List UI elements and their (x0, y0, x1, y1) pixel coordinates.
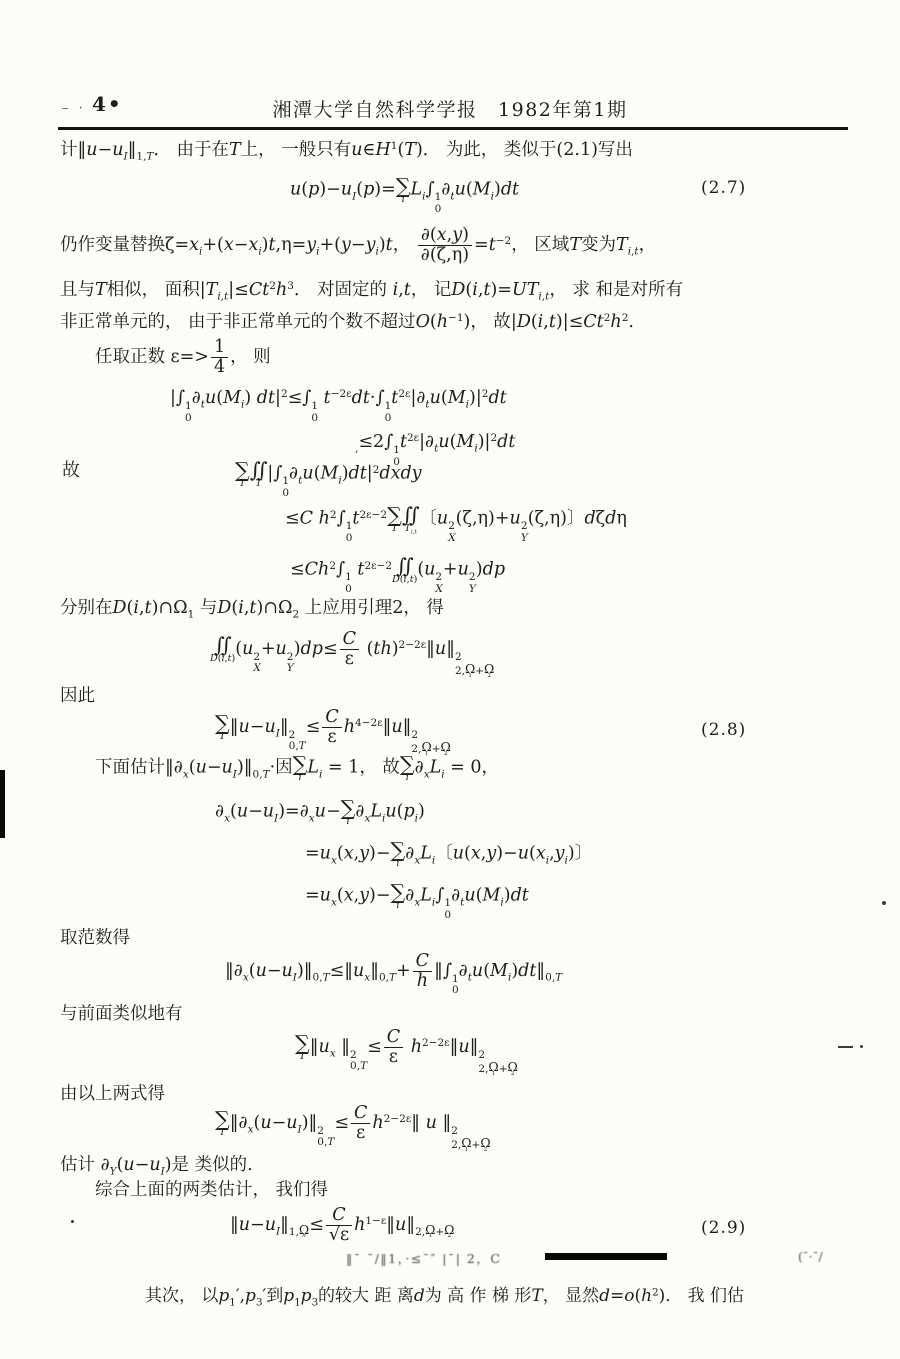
scanned-paper-page: – · 4• 湘潭大学自然科学学报 1982年第1期 计‖u−uI‖1,T． 由… (0, 0, 900, 1359)
equation-number: (2.9) (701, 1218, 746, 1239)
line-text: 且与T相似， 面积|Ti,t|≤Ct2h3． 对固定的 i,t， 记D(i,t)… (60, 280, 683, 302)
text-line: 分别在D(i,t)∩Ω1 与D(i,t)∩Ω2 上应用引理2， 得 (0, 598, 900, 620)
formula-line: u(p)−uI(p)=∑iLi∫10∂tu(Mi)dt(2.7) (0, 176, 900, 216)
formula-line: =ux(x,y)−∑i∂xLi〔u(x,y)−u(xi,yi)〕 (0, 840, 900, 868)
ghost-text-right: (¯·¯/ (798, 1250, 823, 1264)
line-text: 下面估计‖∂x(u−uI)‖0,T·因∑iLi = 1， 故∑i∂xLi = 0… (95, 754, 499, 782)
formula-line: ∬D(i,t)(u2X+u2Y)dp≤Cε (th)2−2ε‖u‖22,Ω1+Ω… (0, 630, 900, 680)
line-text: 分别在D(i,t)∩Ω1 与D(i,t)∩Ω2 上应用引理2， 得 (60, 598, 444, 620)
ink-speck (860, 1045, 863, 1048)
formula: ∬D(i,t)(u2X+u2Y)dp≤Cε (th)2−2ε‖u‖22,Ω1+Ω… (210, 630, 494, 680)
line-text: 因此 (60, 686, 95, 708)
line-text: 取范数得 (60, 928, 130, 950)
text-line: 因此 (0, 686, 900, 708)
text-line: 取范数得 (0, 928, 900, 950)
text-line: 下面估计‖∂x(u−uI)‖0,T·因∑iLi = 1， 故∑i∂xLi = 0… (0, 754, 900, 782)
ghost-misprint-line: ‖¯ ¯/‖1，·≤¯″ |¯| 2，C (¯·¯/ (0, 1249, 900, 1265)
formula-line: ≤C h2∫10t2ε−2∑T∬Ti,t〔u2X(ζ,η)+u2Y(ζ,η)〕d… (0, 505, 900, 545)
text-line: 其次， 以p1′,p3′到p1p3的较大 距 离d为 高 作 梯 形T， 显然d… (0, 1286, 900, 1307)
formula-line: ∂x(u−uI)=∂xu−∑i∂xLiu(pi) (0, 798, 900, 826)
text-line: 计‖u−uI‖1,T． 由于在T上， 一般只有u∈H1(T)． 为此， 类似于(… (0, 140, 900, 162)
formula-line: ∑T‖ux ‖20,T≤Cε h2−2ε‖u‖22,Ω1+Ω2 (0, 1028, 900, 1078)
side-label: 故 (62, 460, 80, 483)
formula: ≤Ch2∫10 t2ε−2∬D(i,t)(u2X+u2Y)dp (290, 556, 505, 596)
header-rule (58, 127, 848, 130)
formula-line: =ux(x,y)−∑i∂xLi∫10∂tu(Mi)dt (0, 882, 900, 922)
line-text: 与前面类似地有 (60, 1004, 183, 1026)
formula: ∑T‖u−uI‖20,T≤Cεh4−2ε‖u‖22,Ω1+Ω2 (215, 708, 451, 758)
ink-bar-artifact (545, 1253, 667, 1260)
formula: ‖u−uI‖1,Ωh≤C√εh1−ε‖u‖2,Ω1+Ω2 (230, 1206, 454, 1245)
text-line: 与前面类似地有 (0, 1004, 900, 1026)
text-line: 非正常单元的， 由于非正常单元的个数不超过O(h−1)， 故|D(i,t)|≤C… (0, 312, 900, 334)
text-line: 任取正数 ε=>14， 则 (0, 338, 900, 377)
formula: ∑T‖∂x(u−uI)‖20,T≤Cεh2−2ε‖ u ‖22,Ω1+Ω2 (215, 1104, 491, 1154)
line-text: 任取正数 ε=>14， 则 (95, 338, 271, 377)
text-line: 且与T相似， 面积|Ti,t|≤Ct2h3． 对固定的 i,t， 记D(i,t)… (0, 280, 900, 302)
ink-speck (838, 1046, 853, 1048)
ink-speck (71, 1220, 74, 1223)
formula-line: ∑T‖∂x(u−uI)‖20,T≤Cεh2−2ε‖ u ‖22,Ω1+Ω2 (0, 1104, 900, 1154)
text-line: 仍作变量替换ζ=xi+(x−xi)t,η=yi+(y−yi)t， ∂(x,y)∂… (0, 226, 900, 265)
formula-line: ∑T‖u−uI‖20,T≤Cεh4−2ε‖u‖22,Ω1+Ω2(2.8) (0, 708, 900, 758)
formula: u(p)−uI(p)=∑iLi∫10∂tu(Mi)dt (290, 176, 519, 216)
formula: ∂x(u−uI)=∂xu−∑i∂xLiu(pi) (215, 798, 425, 826)
formula-line: ≤Ch2∫10 t2ε−2∬D(i,t)(u2X+u2Y)dp (0, 556, 900, 596)
line-text: 其次， 以p1′,p3′到p1p3的较大 距 离d为 高 作 梯 形T， 显然d… (145, 1286, 744, 1307)
text-line: 综合上面的两类估计， 我们得 (0, 1180, 900, 1202)
line-text: 综合上面的两类估计， 我们得 (95, 1180, 328, 1202)
text-line: 由以上两式得 (0, 1084, 900, 1106)
line-text: 计‖u−uI‖1,T． 由于在T上， 一般只有u∈H1(T)． 为此， 类似于(… (60, 140, 633, 162)
formula: =ux(x,y)−∑i∂xLi〔u(x,y)−u(xi,yi)〕 (305, 840, 592, 868)
formula-line: ‖u−uI‖1,Ωh≤C√εh1−ε‖u‖2,Ω1+Ω2(2.9) (0, 1206, 900, 1245)
line-text: 由以上两式得 (60, 1084, 165, 1106)
line-text: 估计 ∂Y(u−uI)是 类似的. (60, 1155, 253, 1177)
formula: ∑T∬T|∫10∂tu(Mi)dt|2dxdy (235, 460, 422, 500)
text-line: 估计 ∂Y(u−uI)是 类似的. (0, 1155, 900, 1177)
formula: =ux(x,y)−∑i∂xLi∫10∂tu(Mi)dt (305, 882, 529, 922)
scan-edge-bar-artifact (0, 770, 5, 838)
equation-number: (2.7) (701, 178, 746, 199)
line-text: 仍作变量替换ζ=xi+(x−xi)t,η=yi+(y−yi)t， ∂(x,y)∂… (60, 226, 656, 265)
formula-line: |∫10∂tu(Mi) dt|2≤∫10 t−2εdt·∫10t2ε|∂tu(M… (0, 388, 900, 424)
journal-header: 湘潭大学自然科学学报 1982年第1期 (0, 95, 900, 122)
formula: |∫10∂tu(Mi) dt|2≤∫10 t−2εdt·∫10t2ε|∂tu(M… (170, 388, 507, 424)
ink-speck (882, 901, 886, 905)
formula: ∑T‖ux ‖20,T≤Cε h2−2ε‖u‖22,Ω1+Ω2 (295, 1028, 518, 1078)
formula: ≤C h2∫10t2ε−2∑T∬Ti,t〔u2X(ζ,η)+u2Y(ζ,η)〕d… (285, 505, 627, 545)
formula-line: 故∑T∬T|∫10∂tu(Mi)dt|2dxdy (0, 460, 900, 500)
equation-number: (2.8) (701, 720, 746, 741)
formula-line: ‖∂x(u−uI)‖0,T≤‖ux‖0,T+Ch‖∫10∂tu(Mi)dt‖0,… (0, 952, 900, 997)
ghost-text: ‖¯ ¯/‖1，·≤¯″ |¯| 2，C (346, 1249, 501, 1267)
formula: ‖∂x(u−uI)‖0,T≤‖ux‖0,T+Ch‖∫10∂tu(Mi)dt‖0,… (225, 952, 562, 997)
line-text: 非正常单元的， 由于非正常单元的个数不超过O(h−1)， 故|D(i,t)|≤C… (60, 312, 634, 334)
